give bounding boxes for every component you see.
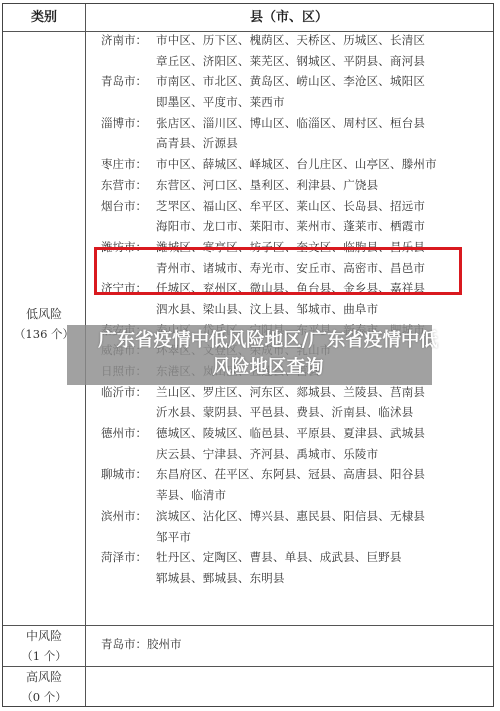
list-item: 济南市：市中区、历下区、槐荫区、天桥区、历城区、长清区: [101, 30, 481, 51]
county-list: 东营区、河口区、垦利区、利津县、广饶县: [156, 175, 378, 196]
list-item: 郓城县、鄄城县、东明县: [101, 568, 481, 589]
high-risk-count: （0 个）: [3, 687, 85, 707]
list-item: 聊城市：东昌府区、茌平区、东阿县、冠县、高唐县、阳谷县: [101, 464, 481, 485]
list-item: 烟台市：芝罘区、福山区、牟平区、莱山区、长岛县、招远市: [101, 196, 481, 217]
header-category: 类别: [3, 4, 85, 31]
county-list: 市南区、市北区、黄岛区、崂山区、李沧区、城阳区: [156, 71, 425, 92]
low-risk-label: 低风险: [3, 304, 85, 324]
city-name: [101, 402, 156, 423]
city-name: [101, 299, 156, 320]
city-name: [101, 92, 156, 113]
county-list: 即墨区、平度市、莱西市: [156, 92, 285, 113]
overlay-title: 广东省疫情中低风险地区/广东省疫情中低风险地区查询: [98, 327, 438, 381]
list-item: 海阳市、龙口市、莱阳市、莱州市、蓬莱市、栖霞市: [101, 216, 481, 237]
list-item: 高青县、沂源县: [101, 133, 481, 154]
list-item: 青岛市：市南区、市北区、黄岛区、崂山区、李沧区、城阳区: [101, 71, 481, 92]
low-risk-list: 济南市：市中区、历下区、槐荫区、天桥区、历城区、长清区 章丘区、济阳区、莱芜区、…: [101, 30, 481, 589]
county-list: 郓城县、鄄城县、东明县: [156, 568, 285, 589]
county-list: 张店区、淄川区、博山区、临淄区、周村区、桓台县: [156, 113, 425, 134]
county-list: 邹平市: [156, 527, 191, 548]
county-list: 德城区、陵城区、临邑县、平原县、夏津县、武城县: [156, 423, 425, 444]
medium-risk-count: （1 个）: [3, 646, 85, 666]
county-list: 高青县、沂源县: [156, 133, 238, 154]
list-item: 枣庄市：市中区、薛城区、峄城区、台儿庄区、山亭区、滕州市: [101, 154, 481, 175]
list-item: 淄博市：张店区、淄川区、博山区、临淄区、周村区、桓台县: [101, 113, 481, 134]
list-item: 即墨区、平度市、莱西市: [101, 92, 481, 113]
list-item: 德州市：德城区、陵城区、临邑县、平原县、夏津县、武城县: [101, 423, 481, 444]
category-high-risk: 高风险 （0 个）: [3, 667, 85, 707]
city-name: 枣庄市：: [101, 154, 156, 175]
medium-risk-area: 青岛市：胶州市: [101, 636, 182, 652]
weifang-highlight-box: [94, 247, 462, 295]
county-list: 章丘区、济阳区、莱芜区、钢城区、平阴县、商河县: [156, 51, 425, 72]
city-name: [101, 133, 156, 154]
city-name: 烟台市：: [101, 196, 156, 217]
city-name: [101, 527, 156, 548]
county-list: 芝罘区、福山区、牟平区、莱山区、长岛县、招远市: [156, 196, 425, 217]
county-list: 市中区、历下区、槐荫区、天桥区、历城区、长清区: [156, 30, 425, 51]
medium-risk-label: 中风险: [3, 626, 85, 646]
city-name: [101, 485, 156, 506]
county-list: 牡丹区、定陶区、曹县、单县、成武县、巨野县: [156, 547, 402, 568]
list-item: 莘县、临清市: [101, 485, 481, 506]
list-item: 东营市：东营区、河口区、垦利区、利津县、广饶县: [101, 175, 481, 196]
county-list: 沂水县、蒙阴县、平邑县、费县、沂南县、临沭县: [156, 402, 413, 423]
county-list: 市中区、薛城区、峄城区、台儿庄区、山亭区、滕州市: [156, 154, 437, 175]
list-item: 泗水县、梁山县、汶上县、邹城市、曲阜市: [101, 299, 481, 320]
city-name: 德州市：: [101, 423, 156, 444]
list-item: 菏泽市：牡丹区、定陶区、曹县、单县、成武县、巨野县: [101, 547, 481, 568]
list-item: 沂水县、蒙阴县、平邑县、费县、沂南县、临沭县: [101, 402, 481, 423]
high-risk-label: 高风险: [3, 667, 85, 687]
city-name: 青岛市：: [101, 71, 156, 92]
city-name: 聊城市：: [101, 464, 156, 485]
category-medium-risk: 中风险 （1 个）: [3, 626, 85, 666]
city-name: 济南市：: [101, 30, 156, 51]
county-list: 莘县、临清市: [156, 485, 226, 506]
county-list: 泗水县、梁山县、汶上县、邹城市、曲阜市: [156, 299, 378, 320]
county-list: 海阳市、龙口市、莱阳市、莱州市、蓬莱市、栖霞市: [156, 216, 425, 237]
city-name: [101, 51, 156, 72]
list-item: 庆云县、宁津县、齐河县、禹城市、乐陵市: [101, 444, 481, 465]
city-name: 菏泽市：: [101, 547, 156, 568]
list-item: 滨州市：滨城区、沾化区、博兴县、惠民县、阳信县、无棣县: [101, 506, 481, 527]
city-name: [101, 568, 156, 589]
county-list: 庆云县、宁津县、齐河县、禹城市、乐陵市: [156, 444, 378, 465]
list-item: 章丘区、济阳区、莱芜区、钢城区、平阴县、商河县: [101, 51, 481, 72]
list-item: 邹平市: [101, 527, 481, 548]
city-name: 滨州市：: [101, 506, 156, 527]
city-name: [101, 216, 156, 237]
header-region: 县（市、区）: [85, 4, 493, 31]
city-name: 东营市：: [101, 175, 156, 196]
county-list: 东昌府区、茌平区、东阿县、冠县、高唐县、阳谷县: [156, 464, 425, 485]
city-name: 淄博市：: [101, 113, 156, 134]
city-name: [101, 444, 156, 465]
county-list: 滨城区、沾化区、博兴县、惠民县、阳信县、无棣县: [156, 506, 425, 527]
